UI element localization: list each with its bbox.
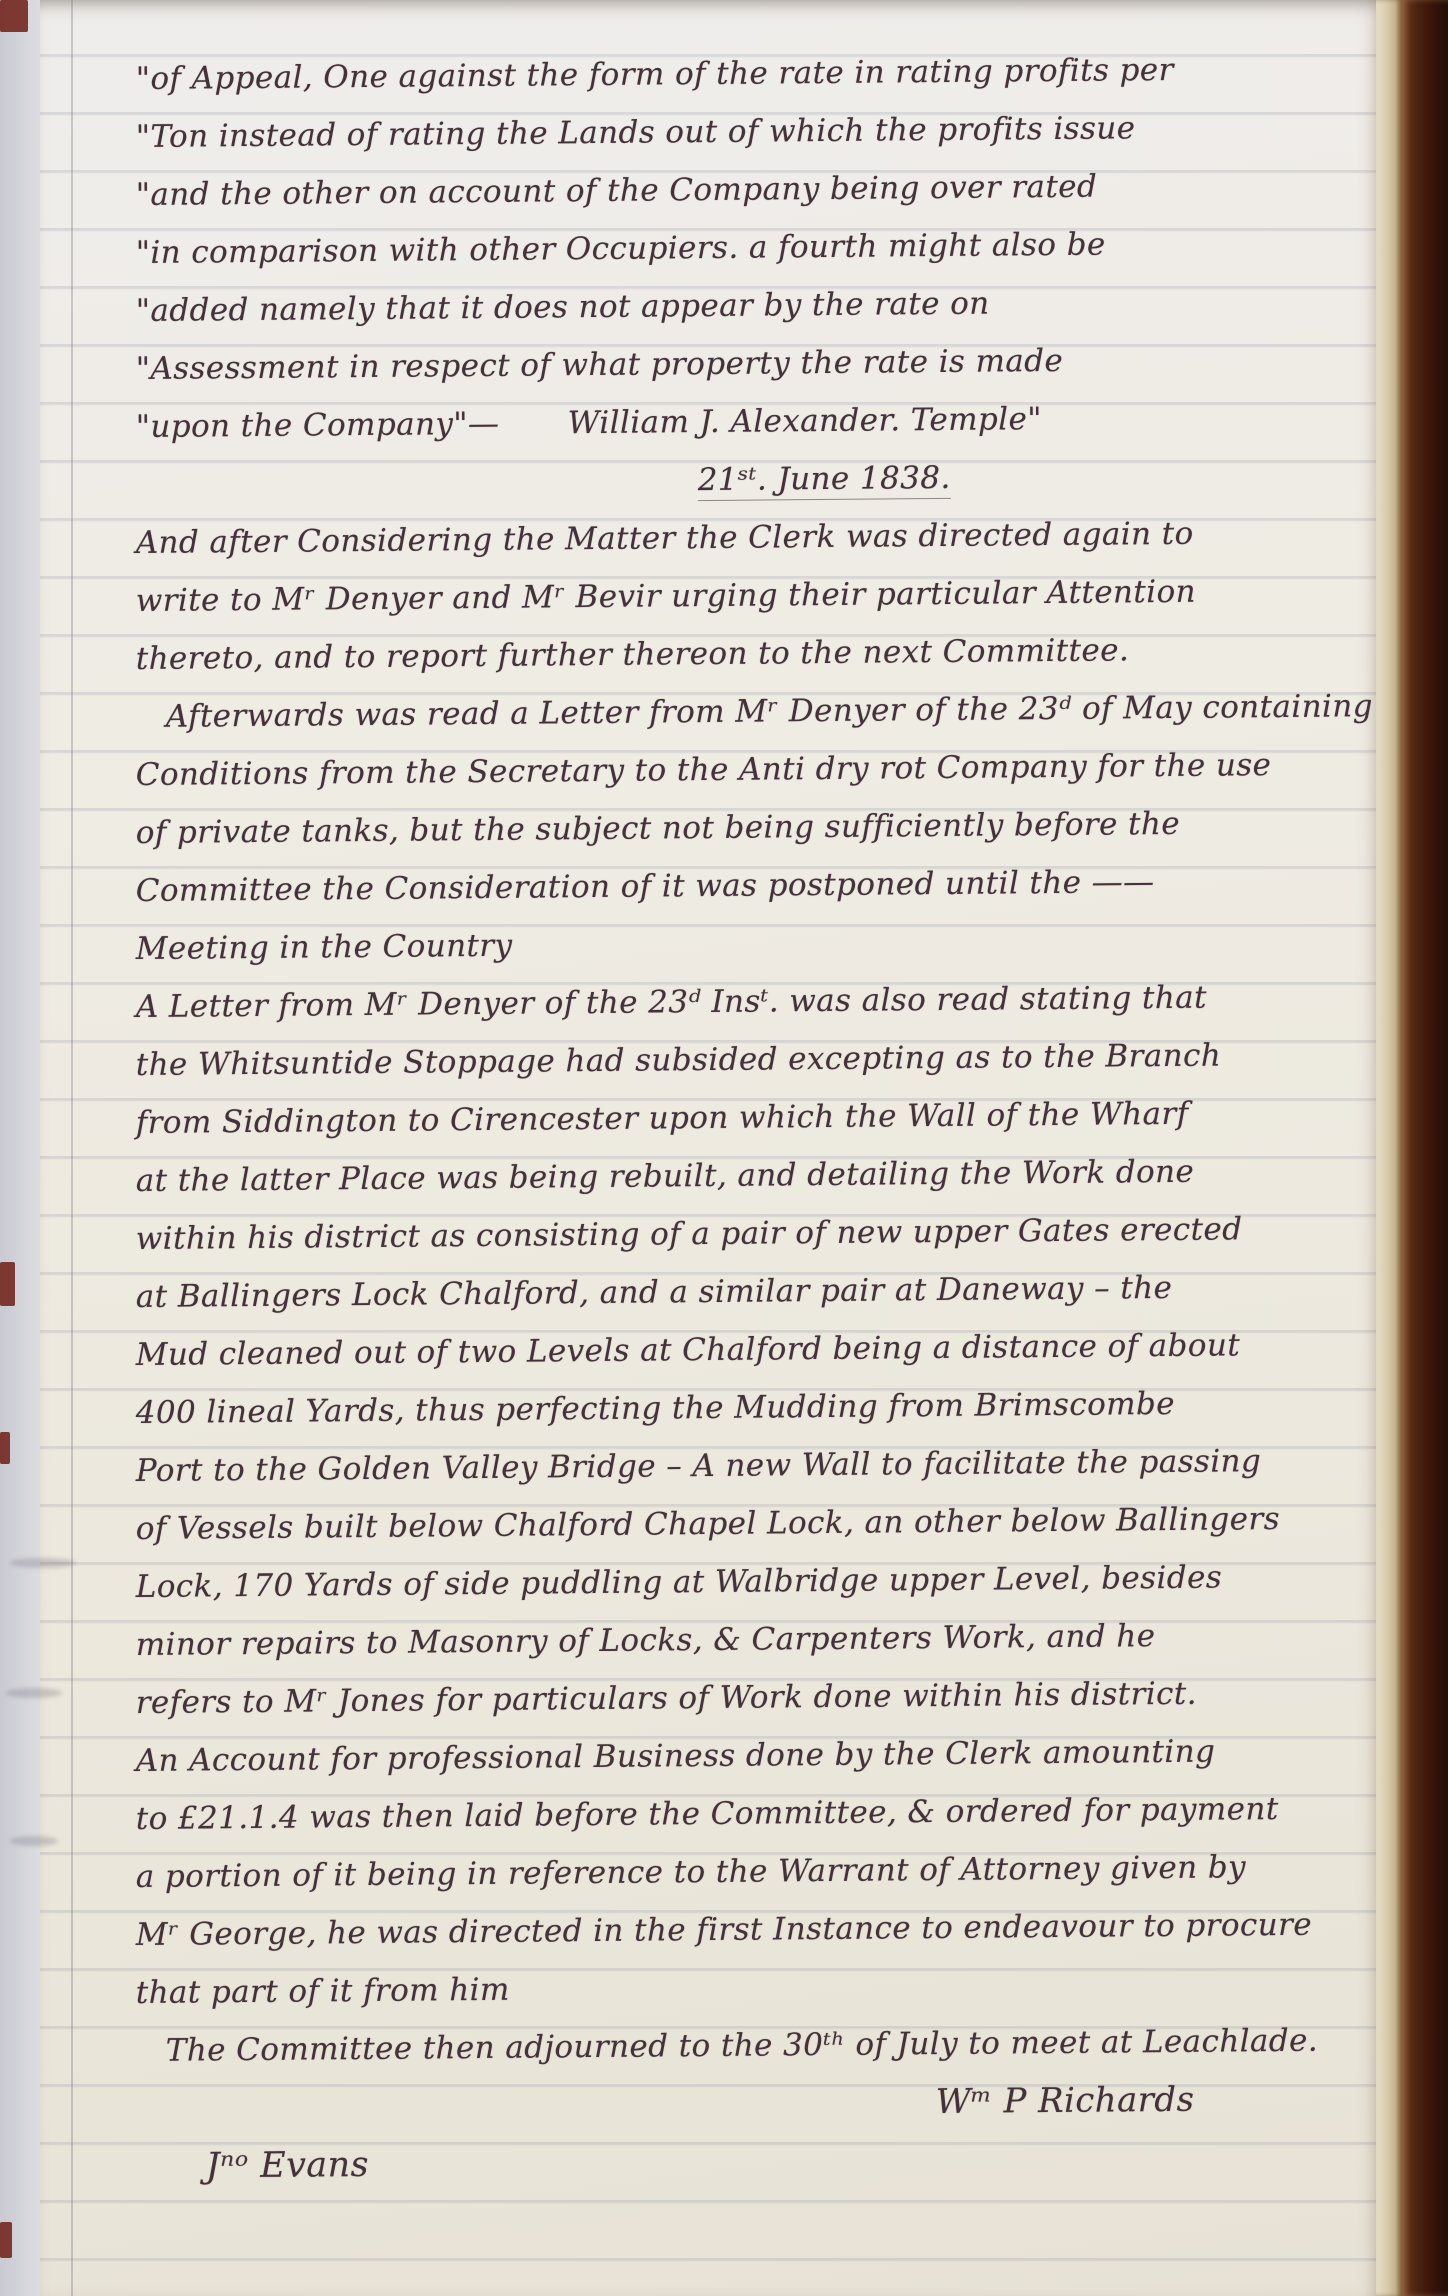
edge-artifact [0, 2222, 12, 2258]
page-fore-edge [1376, 0, 1402, 2296]
book-binding-edge [1402, 0, 1448, 2296]
letter-date: 21ˢᵗ. June 1838. [698, 460, 951, 501]
photo-left-edge [0, 0, 40, 2296]
letter-signatory: William J. Alexander. Temple" [567, 401, 1042, 441]
manuscript-photo: "of Appeal, One against the form of the … [0, 0, 1448, 2296]
edge-artifact [0, 0, 28, 32]
manuscript-page: "of Appeal, One against the form of the … [40, 0, 1376, 2296]
ink-bleed-mark [6, 1688, 62, 1698]
signature-evans: Jⁿᵒ Evans [135, 2127, 1425, 2196]
ink-bleed-mark [10, 1836, 58, 1846]
margin-rule [71, 0, 73, 2296]
quoted-letter-close: "upon the Company"— [136, 406, 500, 445]
ink-bleed-mark [10, 1558, 76, 1568]
edge-artifact [0, 1262, 15, 1306]
edge-artifact [0, 1432, 10, 1464]
manuscript-text: "of Appeal, One against the form of the … [136, 50, 1426, 2196]
